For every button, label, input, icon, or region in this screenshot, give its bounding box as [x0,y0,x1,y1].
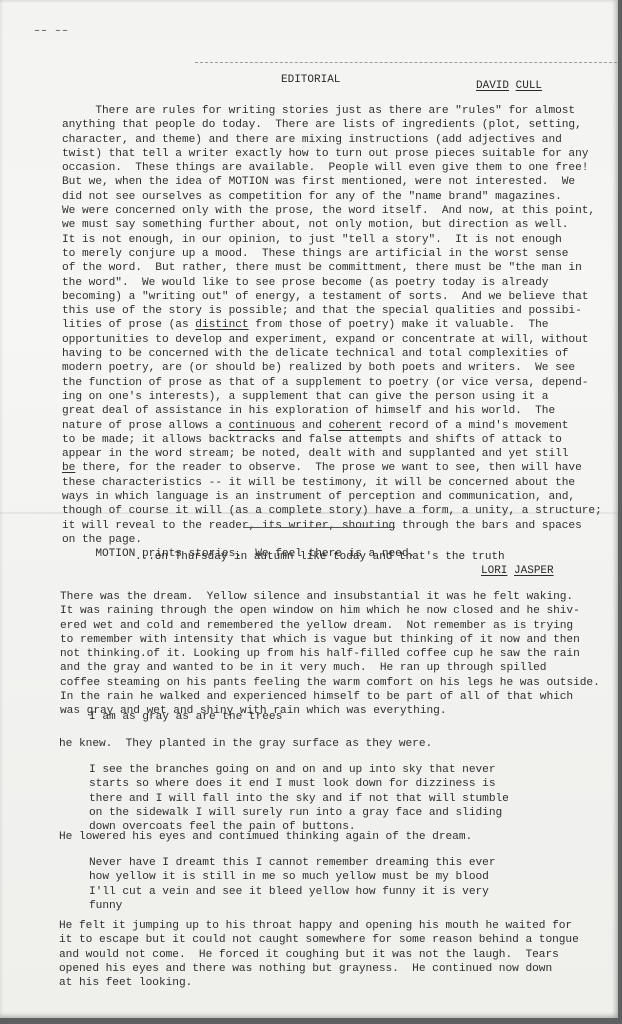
text-line: Never have I dreamt this I cannot rememb… [89,856,495,870]
text-line: coffee steaming on his pants feeling the… [60,676,600,690]
text-line: the word". We would like to see prose be… [62,276,602,290]
text-line: and would not come. He forced it coughin… [59,948,579,962]
story-verse-2: I see the branches going on and on and u… [89,763,509,834]
text-line: to remember with intensity that which is… [60,633,600,647]
story-paragraph-4: He felt it jumping up to his throat happ… [59,919,579,990]
text-line: how yellow it is still in me so much yel… [89,870,495,884]
text-line: did not see ourselves as competition for… [62,190,602,204]
text-line: I am as gray as are the trees [89,710,282,724]
text-line: There was the dream. Yellow silence and … [60,590,600,604]
text-line: it will reveal to the reader, its writer… [62,519,602,533]
text-line: be there, for the reader to observe. The… [62,461,602,475]
text-line: twist) that tell a writer exactly how to… [62,147,602,161]
scanned-page: ‒‒ ‒‒ EDITORIAL DAVID CULL There are rul… [0,0,618,1018]
editorial-body: There are rules for writing stories just… [62,104,602,562]
text-line: on the page. [62,533,602,547]
text-line: There are rules for writing stories just… [62,104,602,118]
text-line: occasion. These things are available. Pe… [62,161,602,175]
story-author-first: LORI [481,565,507,577]
text-line: we must say something further about, not… [62,218,602,232]
text-line: to merely conjure up a mood. These thing… [62,247,602,261]
text-line: starts so where does it end I must look … [89,777,509,791]
text-line: appear in the word stream; be noted, dea… [62,447,602,461]
text-line: it to escape but it could not caught som… [59,933,579,947]
story-author: LORI JASPER [481,565,554,577]
text-line: It was raining through the open window o… [60,604,600,618]
text-line: on the sidewalk I will surely run into a… [89,806,509,820]
text-line: great deal of assistance in his explorat… [62,404,602,418]
staple-marks: ‒‒ ‒‒ [34,26,69,37]
text-line: But we, when the idea of MOTION was firs… [62,175,602,189]
text-line: becoming) a "writing out" of energy, a t… [62,290,602,304]
story-paragraph-1: There was the dream. Yellow silence and … [60,590,600,719]
story-paragraph-3: He lowered his eyes and contimued thinki… [59,830,472,844]
story-paragraph-2: he knew. They planted in the gray surfac… [59,737,432,751]
text-line: lities of prose (as distinct from those … [62,318,602,332]
text-line: and the gray and wanted to be in it very… [60,661,600,675]
text-line: character, and theme) and there are mixi… [62,133,602,147]
text-line: there and I will fall into the sky and i… [89,792,509,806]
text-line: We were concerned only with the prose, t… [62,204,602,218]
text-line: nature of prose allows a continuous and … [62,419,602,433]
story-author-last: JASPER [514,565,554,577]
story-verse-3: Never have I dreamt this I cannot rememb… [89,856,495,913]
text-line: I'll cut a vein and see it bleed yellow … [89,885,495,899]
text-line: He lowered his eyes and contimued thinki… [59,830,472,844]
author-last-name: CULL [516,80,542,92]
text-line: not thinking.of it. Looking up from his … [60,647,600,661]
text-line: to be made; it allows backtracks and fal… [62,433,602,447]
text-line: opportunities to develop and experiment,… [62,333,602,347]
text-line: this use of the story is possible; and t… [62,304,602,318]
text-line: In the rain he walked and experienced hi… [60,690,600,704]
editorial-author: DAVID CULL [476,80,542,92]
text-line: at his feet looking. [59,976,579,990]
text-line: modern poetry, are (or should be) realiz… [62,361,602,375]
text-line: though of course it will (as a complete … [62,504,602,518]
text-line: these characteristics -- it will be test… [62,476,602,490]
text-line: ing on one's interests), a supplement th… [62,390,602,404]
text-line: he knew. They planted in the gray surfac… [59,737,432,751]
text-line: funny [89,899,495,913]
text-line: ways in which language is an instrument … [62,490,602,504]
story-title: ...on Thursday in autumn like today and … [135,551,505,563]
text-line: ered wet and cold and remembered the yel… [60,619,600,633]
text-line: It is not enough, in our opinion, to jus… [62,233,602,247]
section-divider [243,527,395,528]
text-line: I see the branches going on and on and u… [89,763,509,777]
text-line: having to be concerned with the delicate… [62,347,602,361]
text-line: the function of prose as that of a suppl… [62,376,602,390]
story-verse-1: I am as gray as are the trees [89,710,282,724]
author-first-name: DAVID [476,80,509,92]
perforation-line [195,62,618,64]
editorial-title: EDITORIAL [281,74,340,86]
text-line: He felt it jumping up to his throat happ… [59,919,579,933]
text-line: anything that people do today. There are… [62,118,602,132]
text-line: of the word. But rather, there must be c… [62,261,602,275]
text-line: opened his eyes and there was nothing bu… [59,962,579,976]
